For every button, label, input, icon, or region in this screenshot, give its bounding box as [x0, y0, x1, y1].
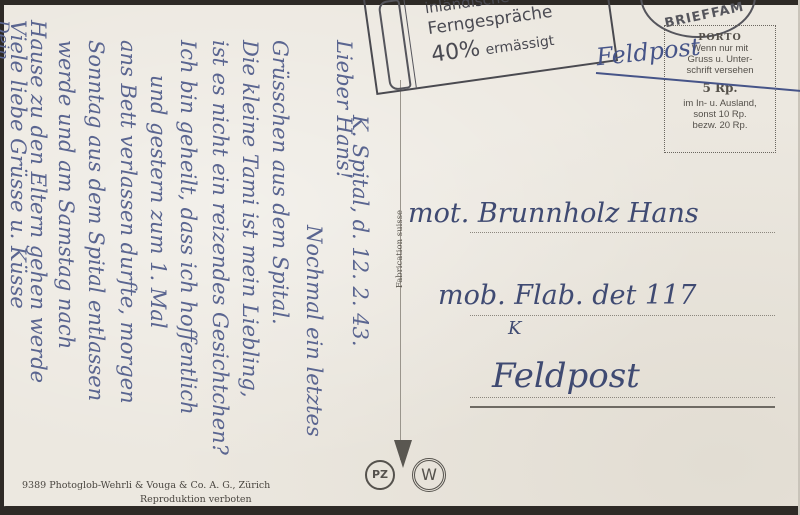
- postage-line: sonst 10 Rp.: [665, 109, 775, 120]
- slogan-percent: 40%: [430, 36, 482, 68]
- message-line: Sonntag aus dem Spital entlassen: [84, 40, 108, 401]
- postage-line: im In- u. Ausland,: [665, 98, 775, 109]
- message-salutation: Lieber Hans!: [332, 40, 356, 179]
- v-emblem-icon: [394, 440, 412, 468]
- address-rule-1: [470, 232, 775, 233]
- message-line: Ich bin geheilt, dass ich hoffentlich: [176, 40, 200, 415]
- slogan-reduced: ermässigt: [485, 33, 556, 58]
- postage-line: schrift versehen: [665, 65, 775, 76]
- address-rule-underline: [470, 406, 775, 408]
- address-mark: K: [508, 318, 521, 339]
- publisher-imprint: 9389 Photoglob-Wehrli & Vouga & Co. A. G…: [22, 480, 270, 491]
- telephone-handset-icon: [378, 0, 412, 91]
- message-line: ist es nicht ein reizendes Gesichtchen?: [208, 40, 232, 455]
- message-line: Die kleine Tami ist mein Liebling,: [238, 40, 262, 398]
- w-logo-icon: W: [412, 458, 446, 492]
- handwritten-message: K. Spital, d. 12. 2. 43. Lieber Hans! No…: [0, 0, 400, 515]
- address-line-2: mob. Flab. det 117: [438, 280, 696, 311]
- address-rule-2: [470, 315, 775, 316]
- address-rule-3: [470, 397, 775, 398]
- message-line: Dein ...: [0, 20, 12, 82]
- postage-line: bezw. 20 Rp.: [665, 120, 775, 131]
- address-line-3: Feldpost: [492, 356, 640, 396]
- message-line: und gestern zum 1. Mal: [146, 75, 170, 329]
- postcard-back: K. Spital, d. 12. 2. 43. Lieber Hans! No…: [0, 0, 800, 515]
- address-line-1: mot. Brunnholz Hans: [408, 198, 699, 229]
- message-line: Grüsschen aus dem Spital.: [268, 40, 292, 325]
- reproduction-notice: Reproduktion verboten: [140, 494, 252, 505]
- message-line: ans Bett verlassen durfte, morgen: [116, 40, 140, 404]
- slogan-postmark: inländische Ferngespräche 40% ermässigt: [362, 0, 618, 95]
- pz-logo-icon: PZ: [365, 460, 395, 490]
- fabrication-label: Fabrication suisse: [395, 209, 405, 289]
- message-line: werde und am Samstag nach: [54, 40, 78, 349]
- message-line: Nochmal ein letztes: [302, 225, 326, 437]
